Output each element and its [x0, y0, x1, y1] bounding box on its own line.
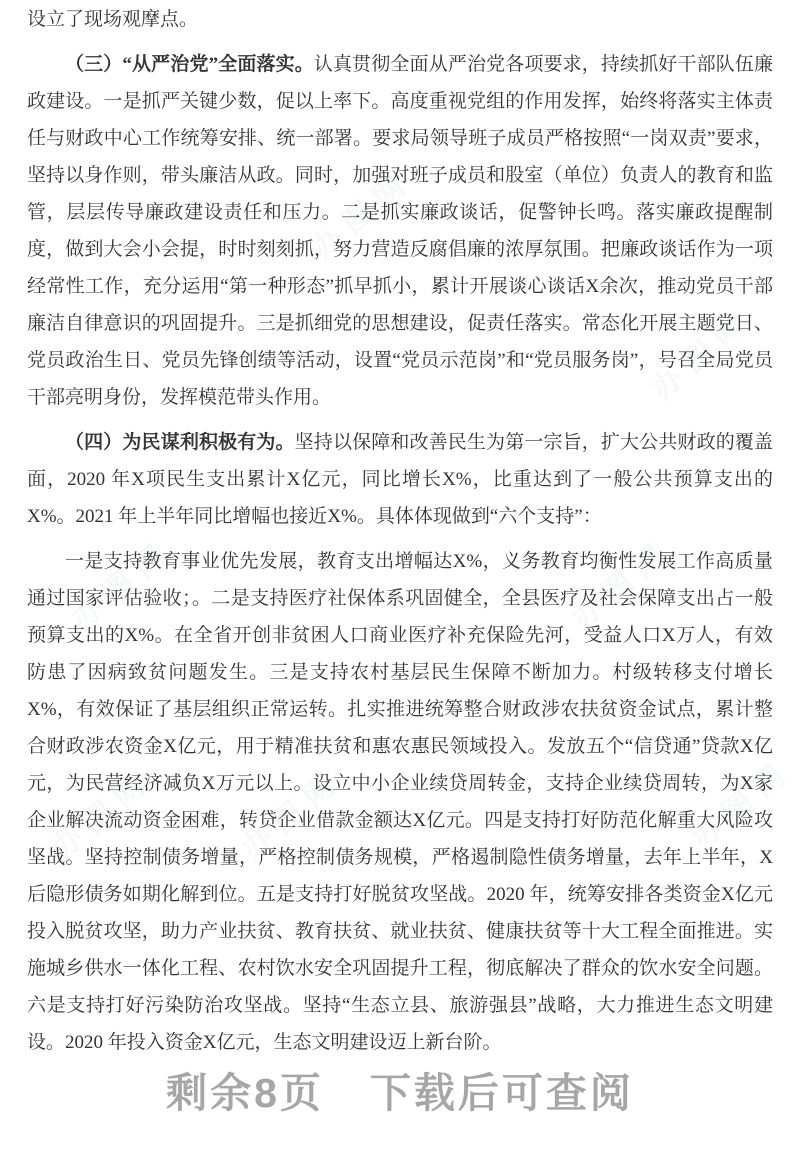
- download-hint-text: 下载后可查阅: [370, 1070, 634, 1116]
- paragraph-text: 一是支持教育事业优先发展，教育支出增幅达X%，义务教育均衡性发展工作高质量通过国…: [27, 551, 773, 1053]
- paragraph-section-4: （四）为民谋利积极有为。坚持以保障和改善民生为第一宗旨，扩大公共财政的覆盖面，2…: [27, 424, 773, 535]
- paragraph-text: 认真贯彻全面从严治党各项要求，持续抓好干部队伍廉政建设。一是抓严关键少数，促以上…: [27, 54, 773, 408]
- document-page: 办图网 办图网 办图网 办图网 办图网 办图网 办图网 设立了现场观摩点。 （三…: [0, 0, 800, 1171]
- paragraph-heading: （四）为民谋利积极有为。: [65, 432, 295, 453]
- document-content: 设立了现场观摩点。 （三）“从严治党”全面落实。认真贯彻全面从严治党各项要求，持…: [27, 1, 773, 1069]
- pages-remaining-banner: 剩余8页下载后可查阅: [0, 1060, 800, 1119]
- paragraph-text: 设立了现场观摩点。: [27, 9, 198, 30]
- paragraph-heading: （三）“从严治党”全面落实。: [65, 54, 314, 75]
- pages-remaining-text: 剩余8页: [166, 1070, 324, 1116]
- paragraph-continuation: 设立了现场观摩点。: [27, 1, 773, 38]
- paragraph-six-supports: 一是支持教育事业优先发展，教育支出增幅达X%，义务教育均衡性发展工作高质量通过国…: [27, 543, 773, 1061]
- paragraph-section-3: （三）“从严治党”全面落实。认真贯彻全面从严治党各项要求，持续抓好干部队伍廉政建…: [27, 46, 773, 416]
